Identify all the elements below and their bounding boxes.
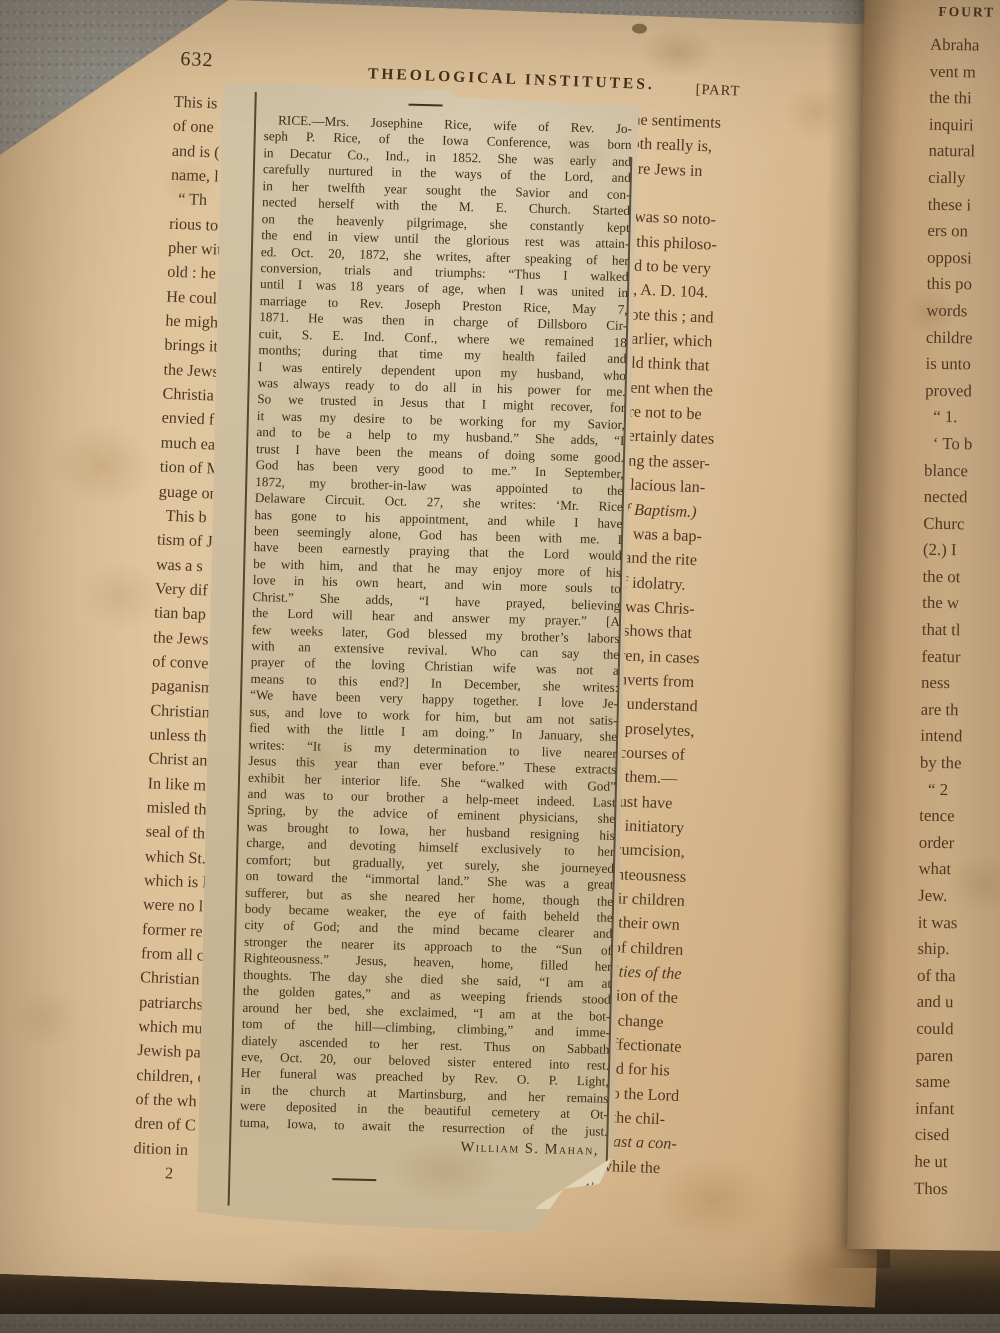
facing-running-header: FOURT [938, 4, 995, 21]
facing-text-column: Abrahavent mthe thiinquirinaturalcially … [914, 32, 1000, 1204]
text-line: order [919, 830, 1000, 858]
text-line: it was [918, 909, 1000, 937]
text-line: inquiri [929, 112, 1000, 140]
obituary-text: RICE.—Mrs. Josephine Rice, wife of Rev. … [239, 112, 632, 1140]
text-line: ‘ To b [924, 431, 1000, 459]
text-line: the thi [929, 85, 1000, 113]
part-label: [PART [695, 82, 740, 101]
text-line: could [916, 1016, 1000, 1044]
text-line: what [918, 856, 1000, 884]
text-line: cially [928, 165, 1000, 193]
text-line: infant [915, 1095, 1000, 1123]
text-line: Churc [923, 510, 1000, 538]
stain [0, 972, 97, 1066]
text-line: cised [915, 1122, 1000, 1150]
text-line: the w [922, 590, 1000, 618]
clipping-section-divider [409, 104, 443, 107]
text-line: nected [924, 484, 1000, 512]
text-line: these i [928, 191, 1000, 219]
text-line: blance [924, 457, 1000, 485]
text-line: “ 1. [925, 404, 1000, 432]
text-line: paren [916, 1042, 1000, 1070]
text-line: featur [921, 643, 1000, 671]
text-line: natural [928, 138, 1000, 166]
text-line: he ut [914, 1149, 1000, 1177]
text-line: childre [926, 324, 1000, 352]
clipping-end-rule [332, 1178, 376, 1181]
text-line: opposi [927, 245, 1000, 273]
page-number: 632 [180, 48, 214, 72]
stain [25, 402, 179, 528]
text-line: and u [916, 989, 1000, 1017]
text-line: tence [919, 803, 1000, 831]
newspaper-clipping: —· ———— ————— —·— RICE.—Mrs. Josephine R… [193, 81, 641, 1237]
text-line: ers on [927, 218, 1000, 246]
ink-speck [632, 23, 647, 34]
text-line: ship. [917, 936, 1000, 964]
text-line: the ot [922, 564, 1000, 592]
text-line: proved [925, 377, 1000, 405]
text-line: Jew. [918, 883, 1000, 911]
photo-of-open-book: 632 THEOLOGICAL INSTITUTES. [PART This i… [0, 0, 1000, 1333]
text-line: intend [920, 723, 1000, 751]
text-line: (2.) I [923, 537, 1000, 565]
text-line: Abraha [930, 32, 1000, 60]
text-line: Thos [914, 1175, 1000, 1203]
text-line: ness [921, 670, 1000, 698]
text-line: is unto [925, 351, 1000, 379]
text-line: vent m [929, 58, 1000, 86]
text-line: are th [921, 697, 1000, 725]
text-line: of tha [917, 962, 1000, 990]
text-line: this po [926, 271, 1000, 299]
book-facing-page: FOURT Abrahavent mthe thiinquirinaturalc… [847, 0, 1000, 1251]
text-line: words [926, 298, 1000, 326]
text-line: by the [920, 750, 1000, 778]
text-line: “ 2 [919, 776, 1000, 804]
text-line: same [915, 1069, 1000, 1097]
text-line: that tl [922, 617, 1000, 645]
